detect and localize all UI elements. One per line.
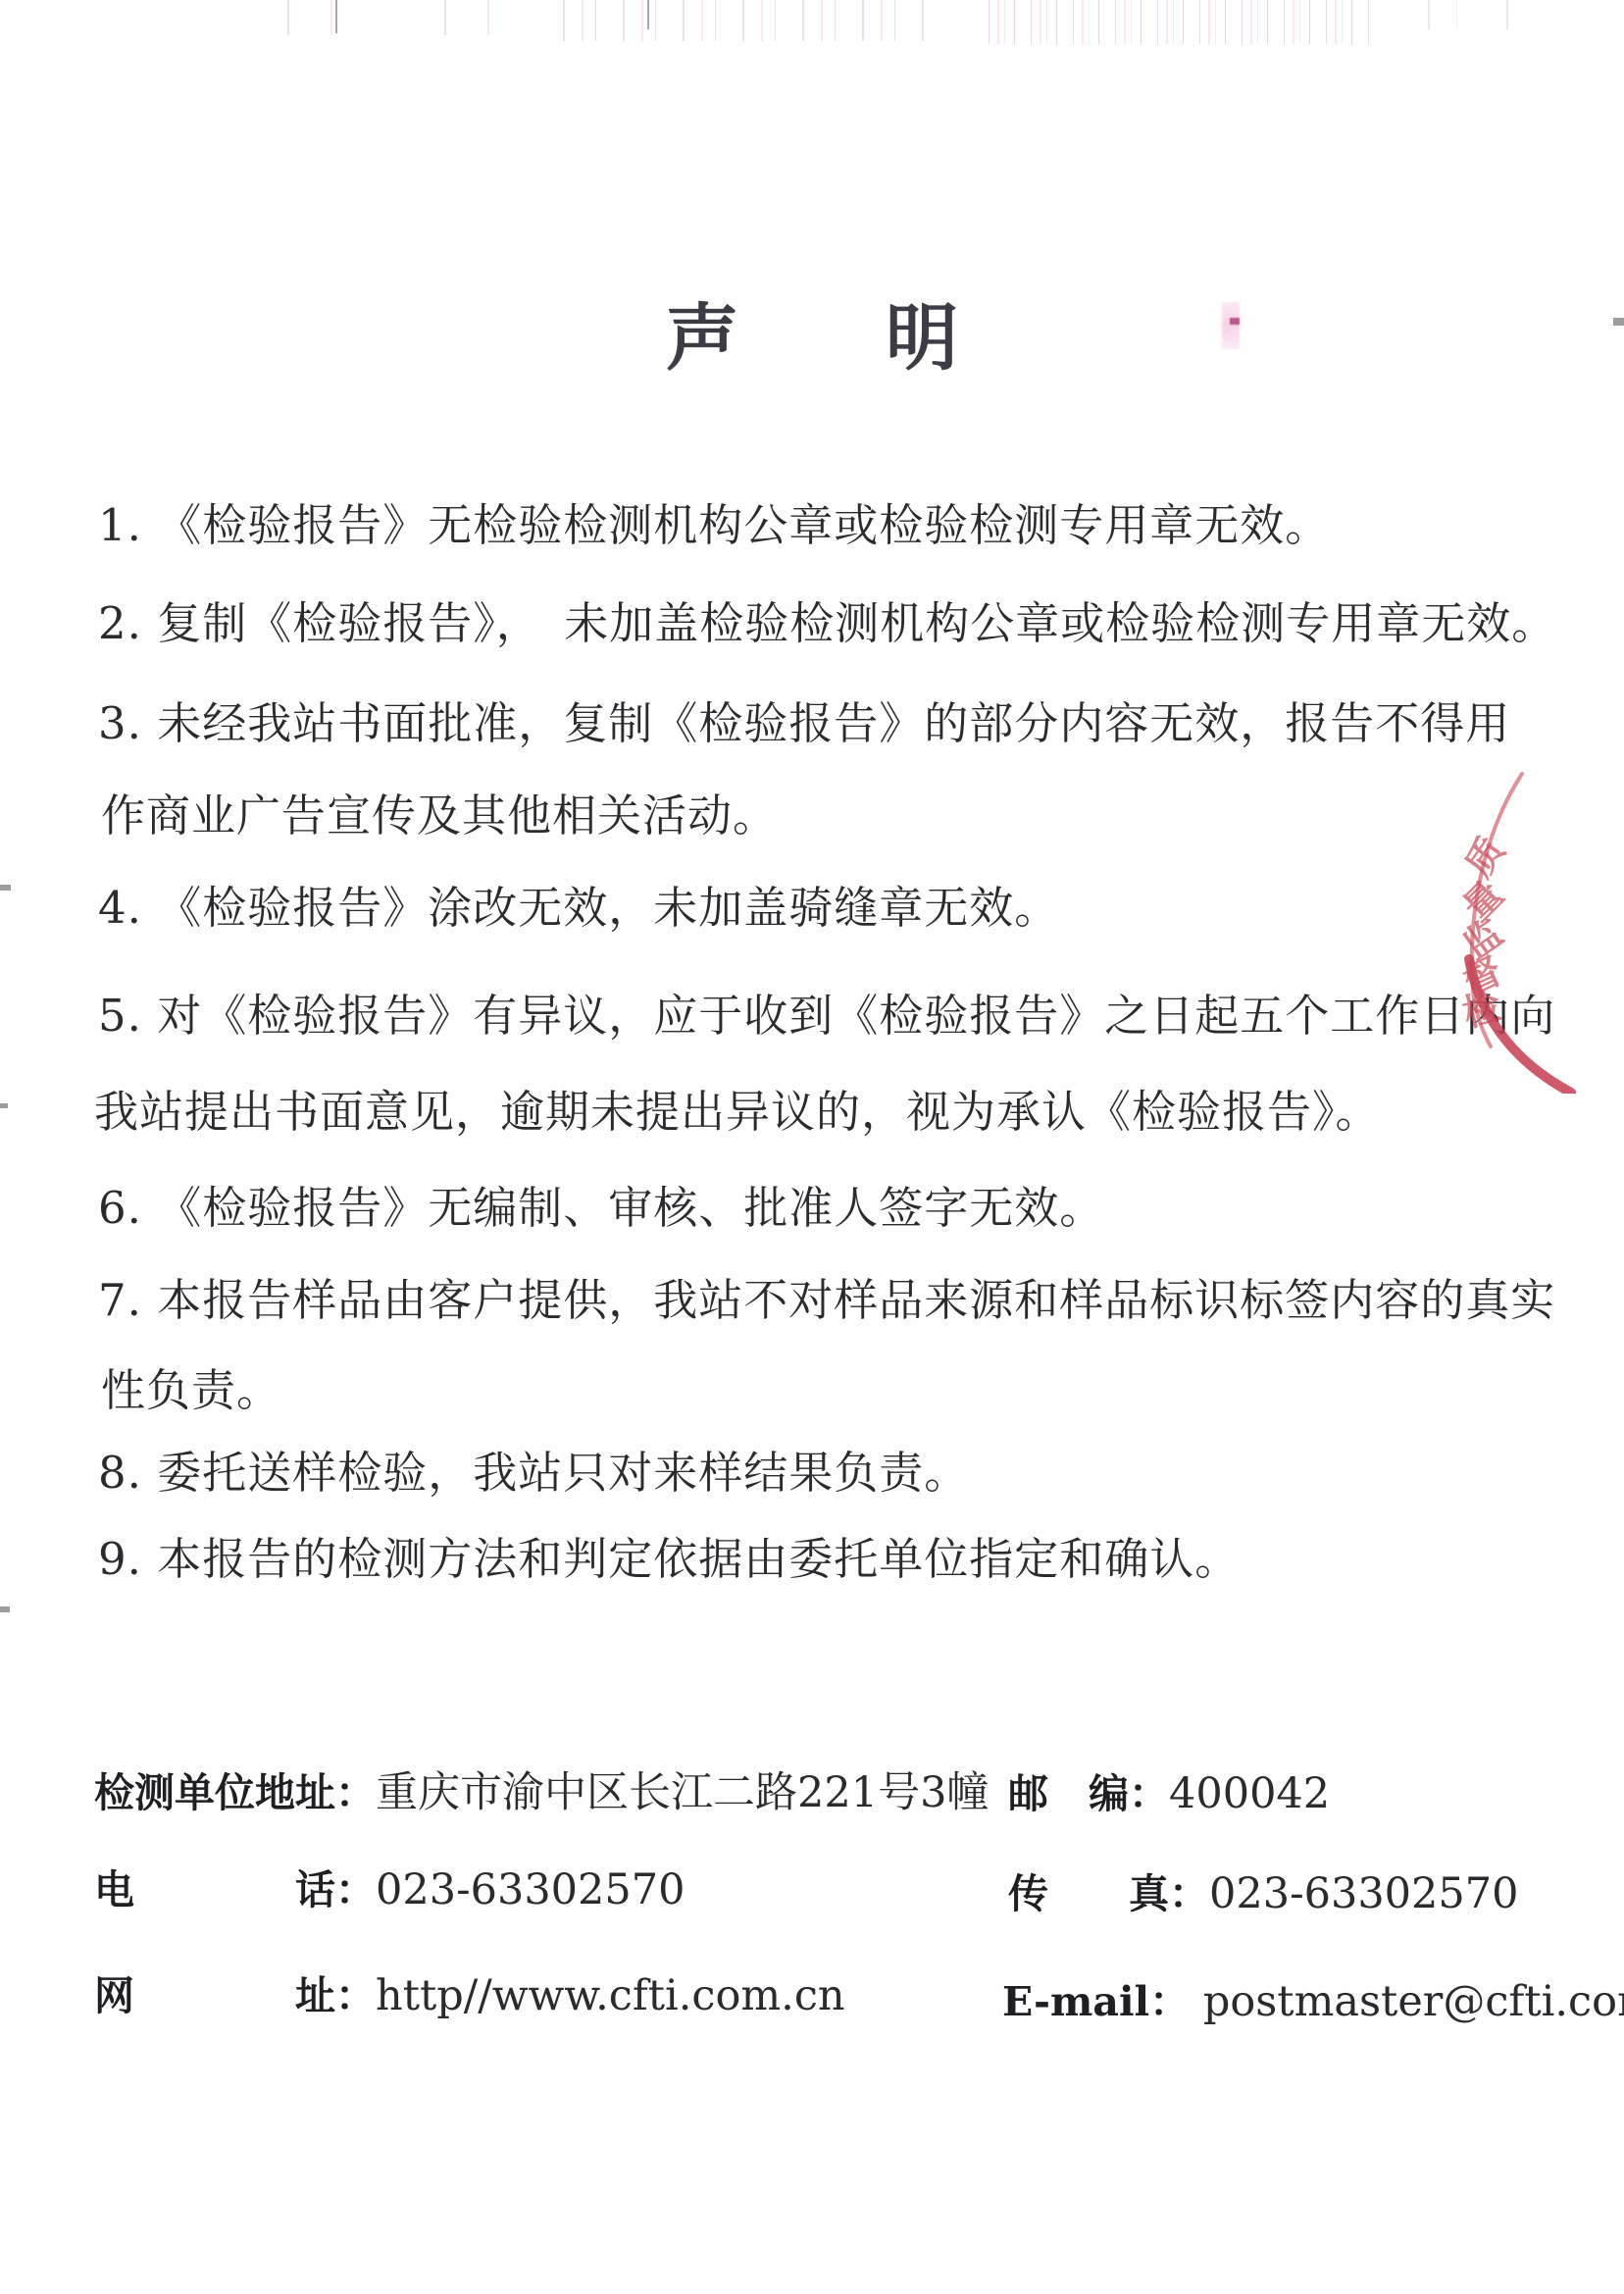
statement-line-1: 1. 《检验报告》无检验检测机构公章或检验检测专用章无效。	[98, 498, 1330, 553]
footer-website-row: 网 址：http//www.cfti.com.cn	[94, 1963, 845, 2021]
footer-email-label: E-mail：	[1002, 1978, 1190, 2025]
statement-line-6: 6. 《检验报告》无编制、审核、批准人签字无效。	[98, 1181, 1104, 1236]
statement-line-4: 4. 《检验报告》涂改无效，未加盖骑缝章无效。	[98, 881, 1059, 936]
seal-ring-char: 质	[1456, 829, 1514, 885]
statement-line-7: 7. 本报告样品由客户提供，我站不对样品来源和样品标识标签内容的真实	[98, 1273, 1555, 1328]
scan-artifact-edge-mark	[0, 885, 11, 891]
seal-ring-char: 监	[1454, 910, 1510, 968]
footer-website-label: 网 址：	[94, 1972, 376, 2019]
statement-line-9: 9. 本报告的检测方法和判定依据由委托单位指定和确认。	[98, 1532, 1240, 1587]
footer-phone-row: 电 话：023-63302570	[94, 1858, 685, 1915]
scan-artifact-edge-mark	[0, 1103, 8, 1108]
statement-line-7b: 性负责。	[101, 1363, 281, 1418]
footer-address-row: 检测单位地址：重庆市渝中区长江二路221号3幢	[94, 1759, 989, 1819]
statement-line-2: 2. 复制《检验报告》， 未加盖检验检测机构公章或检验检测专用章无效。	[98, 596, 1556, 651]
statement-line-8: 8. 委托送样检验，我站只对来样结果负责。	[98, 1446, 969, 1501]
scan-artifact-tick	[335, 0, 337, 33]
footer-postcode-value: 400042	[1169, 1769, 1330, 1818]
footer-postcode-label: 邮 编：	[1008, 1770, 1169, 1817]
page-title: 声明	[0, 280, 1624, 384]
footer-email-value: postmaster@cfti.com	[1203, 1977, 1624, 2026]
scan-artifact-strip	[981, 0, 1373, 44]
scan-artifact-edge-mark	[0, 1606, 10, 1612]
scan-artifact-strip	[235, 0, 559, 35]
statement-line-3b: 作商业广告宣传及其他相关活动。	[101, 789, 778, 843]
scan-artifact-strip	[1402, 0, 1520, 29]
statement-line-3: 3. 未经我站书面批准，复制《检验报告》的部分内容无效，报告不得用	[98, 696, 1510, 751]
footer-email-row: E-mail： postmaster@cfti.com	[1002, 1969, 1624, 2027]
footer-postcode-row: 邮 编：400042	[1008, 1761, 1330, 1819]
footer-phone-value: 023-63302570	[376, 1865, 685, 1914]
footer-fax-row: 传 真：023-63302570	[1008, 1861, 1518, 1919]
seal-ring-char: 量	[1454, 872, 1512, 930]
scan-artifact-tick	[647, 0, 649, 29]
footer-website-value: http//www.cfti.com.cn	[376, 1971, 845, 2020]
footer-fax-value: 023-63302570	[1209, 1869, 1518, 1918]
statement-line-5b: 我站提出书面意见，逾期未提出异议的，视为承认《检验报告》。	[94, 1085, 1381, 1140]
footer-address-label: 检测单位地址：	[94, 1769, 376, 1816]
footer-fax-label: 传 真：	[1008, 1870, 1209, 1917]
scanned-statement-page: 声明 1. 《检验报告》无检验检测机构公章或检验检测专用章无效。 2. 复制《检…	[0, 0, 1624, 2294]
footer-address-value: 重庆市渝中区长江二路221号3幢	[376, 1768, 989, 1817]
footer-phone-label: 电 话：	[94, 1866, 376, 1913]
scan-artifact-strip	[549, 0, 932, 41]
statement-line-5: 5. 对《检验报告》有异议，应于收到《检验报告》之日起五个工作日内向	[98, 989, 1555, 1044]
